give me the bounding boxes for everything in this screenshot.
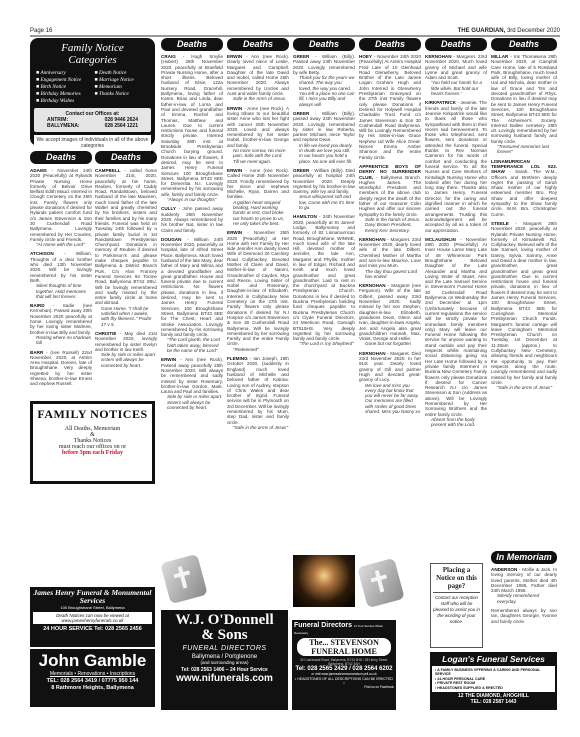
deadline: before 3pm each Friday [36,450,149,456]
notice: ERWIN - November 25th 2020 (Peacefully) … [227,230,289,352]
ad-title: W.J. O'Donnell [164,613,285,628]
notice: HAMILTON - 24th November 2020, peacefull… [293,214,355,346]
ad-title: Logan's Funeral Services [432,654,555,664]
logan-ad[interactable]: Logan's Funeral Services • A FAMILY BUSI… [430,652,557,710]
column-3: CRAIG - Hugh Smylie (Hubert) 28th Novemb… [161,54,223,414]
notice: DOUGAN - William 24th November 2020, pea… [161,237,223,354]
notice: ERWIN - Anne (nee Rock). Called Home 25t… [227,168,289,226]
notice: CRAIG - Hugh Smylie (Hubert) 28th Novemb… [161,54,223,202]
ad-name-box: The... STEVENSONFUNERAL HOME [297,638,391,656]
column-7: KERNOHAN - Margaret. 23rd November 2020,… [425,54,487,431]
notice: KIRKPATRICK - Jeannie. The friends and f… [425,100,487,232]
ad-subtitle: FUNERAL DIRECTORS [164,645,285,652]
categories-title: Family Notice Categories [36,42,149,66]
james-henry-ad[interactable]: James Henry Funeral & Monumental Service… [30,587,155,647]
memoriam-column: ANDERSON - Mollie & Jack. In loving memo… [491,567,557,628]
notice: CHRISTIE - May died 21st November 2020, … [95,331,157,368]
ad-web[interactable]: www.nifunerals.com [164,673,285,684]
facebook-icon[interactable]: Find us on Facebook [294,685,394,689]
notice: GREER - William (Billy). Died peacefully… [293,168,355,210]
ad-phone: 24 HOUR SERVICE Tel: 028 2565 2456 [32,626,153,632]
office-ballymena: BALLYMENA:028 2564 1221 [37,123,148,129]
category-item: Marriage Notice [95,77,150,83]
ad-headstones: • HEADSTONES OF ALL DESCRIPTIONS CAN BE … [294,677,394,685]
deaths-heading: Deaths [227,38,289,51]
ad-title: James Henry Funeral & Monumental Service… [32,589,153,605]
deaths-heading: Deaths [30,151,92,164]
ad-area: (and surrounding areas) [164,660,285,665]
header-rule [30,35,560,37]
placing-title: Placing a Notice on this page? [433,566,480,593]
deaths-heading: Deaths [293,38,355,51]
placing-body: Contact our reception staff who will be … [433,595,480,625]
notice: APPRENTICE BOYS OF DERRY NO SURRENDER CL… [359,164,421,233]
bible-image [357,558,405,608]
notice: ATCHISON - William. Thoughts of a dear b… [30,251,92,299]
notice: ERWIN - Anne (nee Rock). A loving tribut… [227,106,289,164]
notice: MILLAR - Iris Thomasena 28th November 20… [491,54,557,155]
notice: KERNOHAN - Margaret. 23rd November 2020,… [425,54,487,96]
deaths-heading: Deaths [161,38,223,51]
notice: MCLAUGHLIN - November 29th 2020 (Peacefu… [425,237,487,428]
notice: ANDERSON - Mollie & Jack. In loving memo… [491,567,557,604]
ad-services: Memorials • Renovations • Inscriptions [33,671,152,677]
notice: KERNOHAN - Margaret. Died 23rd November … [359,351,421,415]
ad-services-list: • A FAMILY BUSINESS OFFERING A CARING AN… [432,666,555,692]
notice: BARR - (nee Russell) 22nd November, 2020… [30,350,92,387]
category-item: Birth Notice [36,84,91,90]
deaths-heading: Deaths [95,151,157,164]
category-item: Birthday Memories [36,91,91,97]
column-8: MILLAR - Iris Thomasena 28th November 20… [491,54,557,394]
category-item: Anniversary [36,70,91,76]
deaths-heading: Deaths [425,38,487,51]
page-number: Page 16 [30,28,52,34]
cross-icon [178,566,188,588]
notice: ERWIN - Ann (nee Rock). Passed away peac… [161,357,223,410]
categories-list: Anniversary Death Notice Engagement Noti… [36,70,149,104]
notice: HOEY - November 24th 2020 (Peacefully) A… [359,54,421,160]
contact-offices: Contact our Offices at: ANTRIM:028 9446 … [34,108,151,132]
column-6: HOEY - November 24th 2020 (Peacefully) A… [359,54,421,418]
ad-web[interactable]: Death Notices can now be viewed at www.j… [33,612,152,624]
notice: FLEMING - Ian Joseph, 18th October 2020,… [227,356,289,430]
notice: STEELE - Margaret 29th November 2020, pe… [491,221,557,391]
placing-notice-box: Placing a Notice on this page? Contact o… [430,563,483,648]
images-note: We accept images of individuals in all o… [34,135,151,151]
ad-web[interactable]: or visit www.jamesstevensonandson.yell.c… [294,672,394,676]
family-notices-title: FAMILY NOTICES [36,407,149,422]
ad-phone: TEL: 028 2564 3419 / 07775 950 144 [33,678,152,685]
categories-box: Family Notice Categories Anniversary Dea… [30,38,155,146]
category-item: Memoriam [95,84,150,90]
column-1: ADAMS - November 24th 2020 (Peacefully) … [30,168,92,391]
notice: KERNOHAN - Margaret. 23rd November 2020,… [359,237,421,279]
category-item: Death Notice [95,70,150,76]
bible-image [160,554,208,604]
ad-tag: Funeral Directors At Your Service When N… [294,622,394,636]
category-item: Engagement Notice [36,77,91,83]
ad-address: 30 Cushendall Road, Ballymena, BT43 6HD … [294,658,394,666]
column-2: CAMPBELL - called home November 21st, 20… [95,168,157,372]
ad-address: 8 Rathmore Heights, Ballymena [33,685,152,692]
notice: KERNOHAN - Margaret (nee Ferguson). Wife… [359,283,421,347]
notice: Remembered always by son Ian, daughters … [491,608,557,624]
family-notices-box: FAMILY NOTICES All Deaths, Memoriam & Th… [30,401,155,484]
notice: GREER - William (Billy). Passed away 24t… [293,54,355,107]
notice: GREER - William (Billy), passed away 24t… [293,111,355,164]
cross-icon [375,570,385,592]
notice: CULLY - John passed away suddenly 26th N… [161,206,223,232]
notice: ADAMS - November 24th 2020 (Peacefully) … [30,168,92,247]
candle-image [293,555,355,607]
memoriam-heading: In Memoriam [491,551,557,564]
column-5: GREER - William (Billy). Passed away 24t… [293,54,355,351]
category-item: Birthday Wishes [36,98,91,104]
notice: LISNAMURRICAN TEMPERANCE LOL 523. SHAW -… [491,159,557,217]
deaths-heading: Deaths [491,38,557,51]
ad-title: & Sons [164,628,285,643]
ad-phone: TEL: 028 2587 1443 [432,700,555,706]
ad-title: John Gamble [33,652,152,670]
column-4: ERWIN - Ann (nee Rock). Dearly loved nie… [227,54,289,434]
notice: ERWIN - Ann (nee Rock). Dearly loved nie… [227,54,289,102]
category-item: Thanks Notice [95,91,150,97]
notice: BAIRD - Sadie (nee Kernohan). Passed awa… [30,303,92,345]
deaths-heading: Deaths [359,38,421,51]
john-gamble-ad[interactable]: John Gamble Memorials • Renovations • In… [30,649,155,707]
odonnell-ad[interactable]: W.J. O'Donnell & Sons FUNERAL DIRECTORS … [161,610,288,710]
masthead: THE GUARDIAN, 3rd December 2020 [458,28,560,34]
notice: CAMPBELL - called home November 21st, 20… [95,168,157,327]
ad-address: 100 Broughshane Street, Ballymena [32,605,153,610]
stevenson-ad[interactable]: Funeral Directors At Your Service When N… [292,620,396,710]
